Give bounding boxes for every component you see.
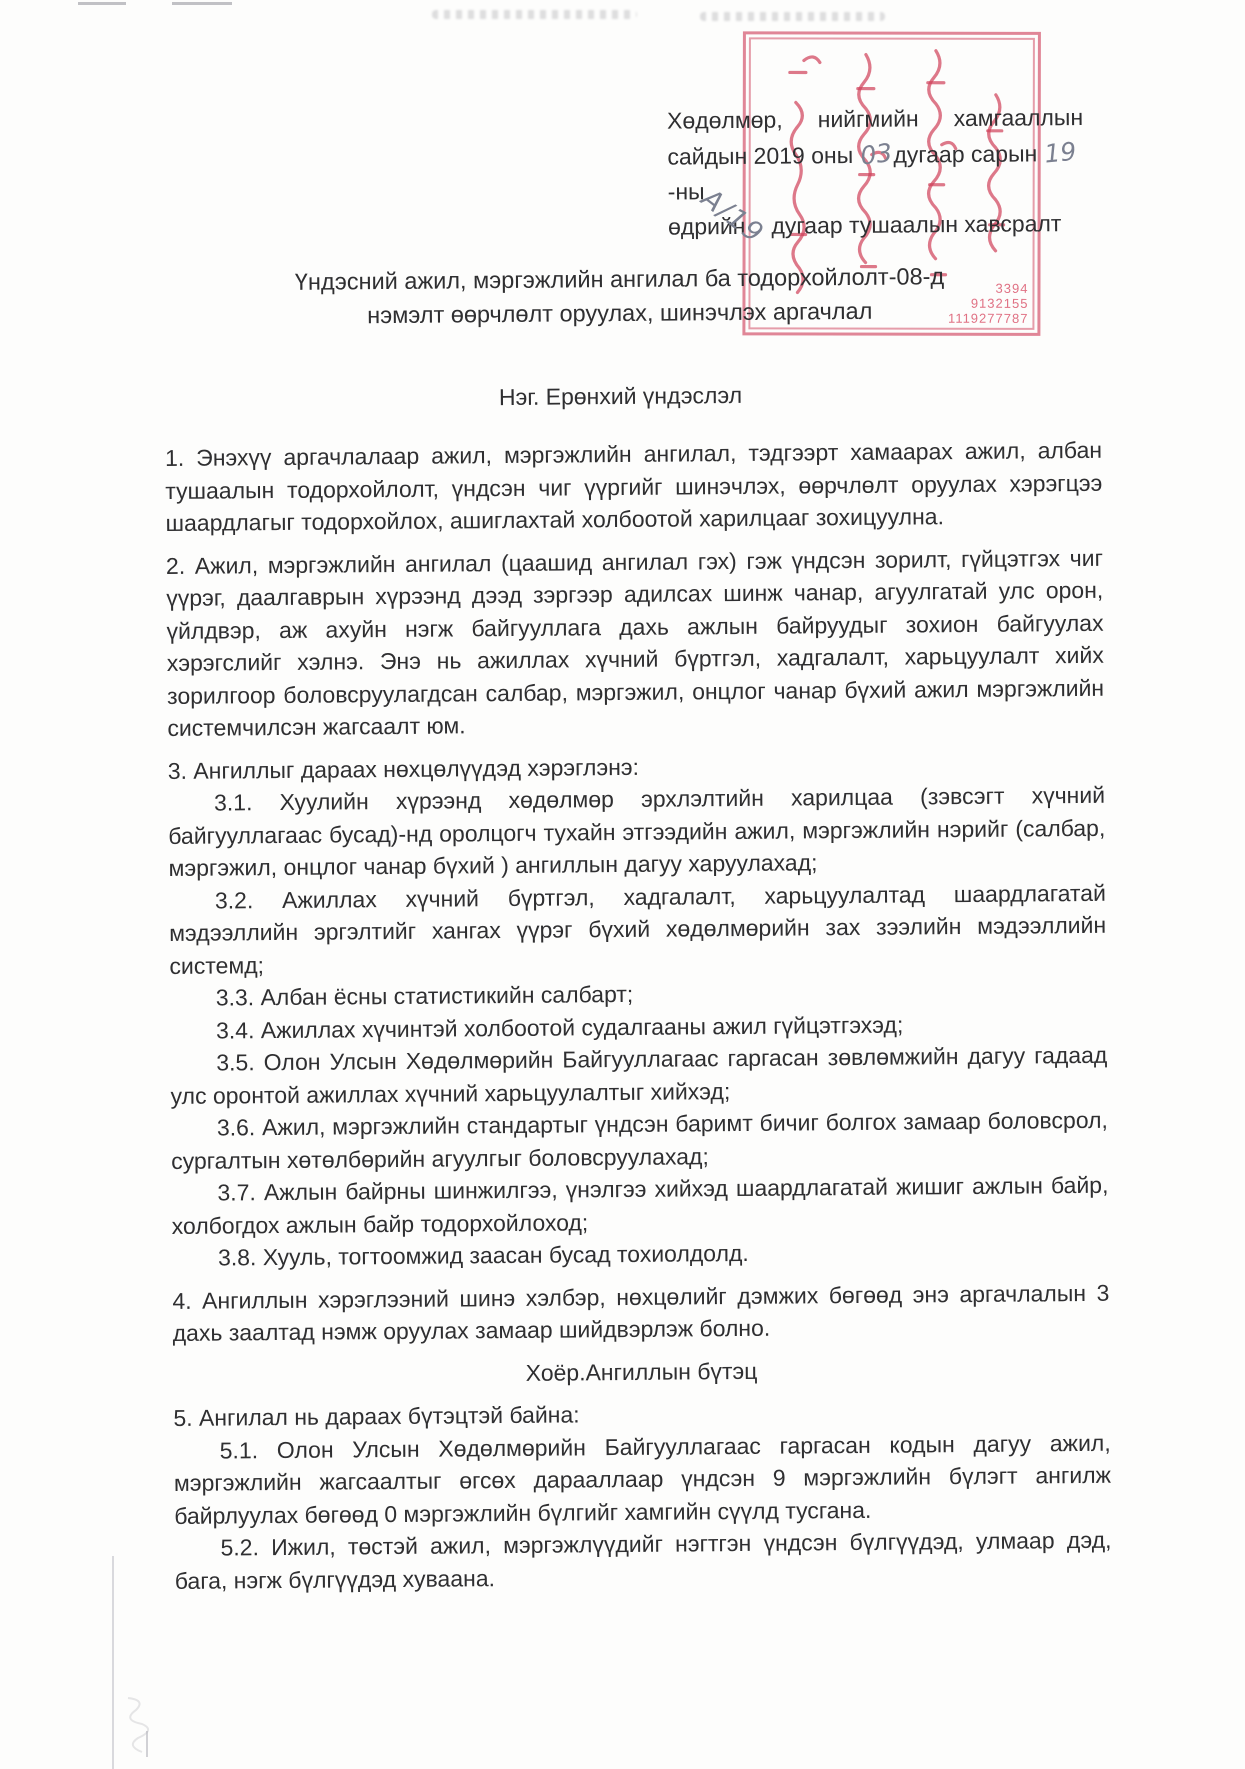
- clause-3-7: 3.7. Ажлын байрны шинжилгээ, үнэлгээ хий…: [171, 1169, 1109, 1242]
- section-one-heading: Нэг. Ерөнхий үндэслэл: [144, 379, 1096, 414]
- handwritten-month: 03: [858, 135, 894, 174]
- header-word: Хөдөлмөр,: [667, 103, 783, 139]
- clause-3-1: 3.1. Хуулийн хүрээнд хөдөлмөр эрхлэлтийн…: [168, 779, 1106, 885]
- handwritten-day: 19: [1043, 134, 1078, 172]
- clause-3-2: 3.2. Ажиллах хүчний бүртгэл, хадгалалт, …: [169, 876, 1107, 982]
- header-text: дугаар сарын: [893, 140, 1044, 167]
- header-word: хамгааллын: [954, 100, 1084, 136]
- section-two-heading: Хоёр.Ангиллын бүтэц: [173, 1351, 1110, 1392]
- header-line-1: Хөдөлмөр, нийгмийн хамгааллын: [667, 100, 1083, 139]
- paragraph-4: 4. Ангиллын хэрэглээний шинэ хэлбэр, нөх…: [172, 1276, 1110, 1349]
- clause-3-6: 3.6. Ажил, мэргэжлийн стандартыг үндсэн …: [171, 1104, 1109, 1177]
- clause-5-1: 5.1. Олон Улсын Хөдөлмөрийн Байгууллагаа…: [174, 1426, 1112, 1532]
- header-text: сайдын 2019 оны: [667, 142, 859, 170]
- header-text: -ны: [668, 178, 705, 204]
- document-title: Үндэсний ажил, мэргэжлийн ангилал ба тод…: [143, 258, 1096, 334]
- paragraph-2: 2. Ажил, мэргэжлийн ангилал (цаашид анги…: [166, 541, 1105, 744]
- clause-5-2: 5.2. Ижил, төстэй ажил, мэргэжлүүдийг нэ…: [174, 1524, 1112, 1597]
- paragraph-1: 1. Энэхүү аргачлалаар ажил, мэргэжлийн а…: [165, 434, 1103, 540]
- clause-3-8: 3.8. Хууль, тогтоомжид заасан бусад тохи…: [172, 1234, 1109, 1275]
- scanned-document-page: 3394 9132155 1119277787 Хөдөлмөр, нийгми…: [0, 0, 1245, 1769]
- header-text: дугаар тушаалын хавсралт: [771, 210, 1061, 239]
- clause-3-5: 3.5. Олон Улсын Хөдөлмөрийн Байгууллагаа…: [170, 1039, 1108, 1112]
- appendix-header-block: Хөдөлмөр, нийгмийн хамгааллын сайдын 201…: [667, 100, 1084, 245]
- header-word: нийгмийн: [818, 101, 919, 137]
- document-body: 1. Энэхүү аргачлалаар ажил, мэргэжлийн а…: [165, 434, 1112, 1597]
